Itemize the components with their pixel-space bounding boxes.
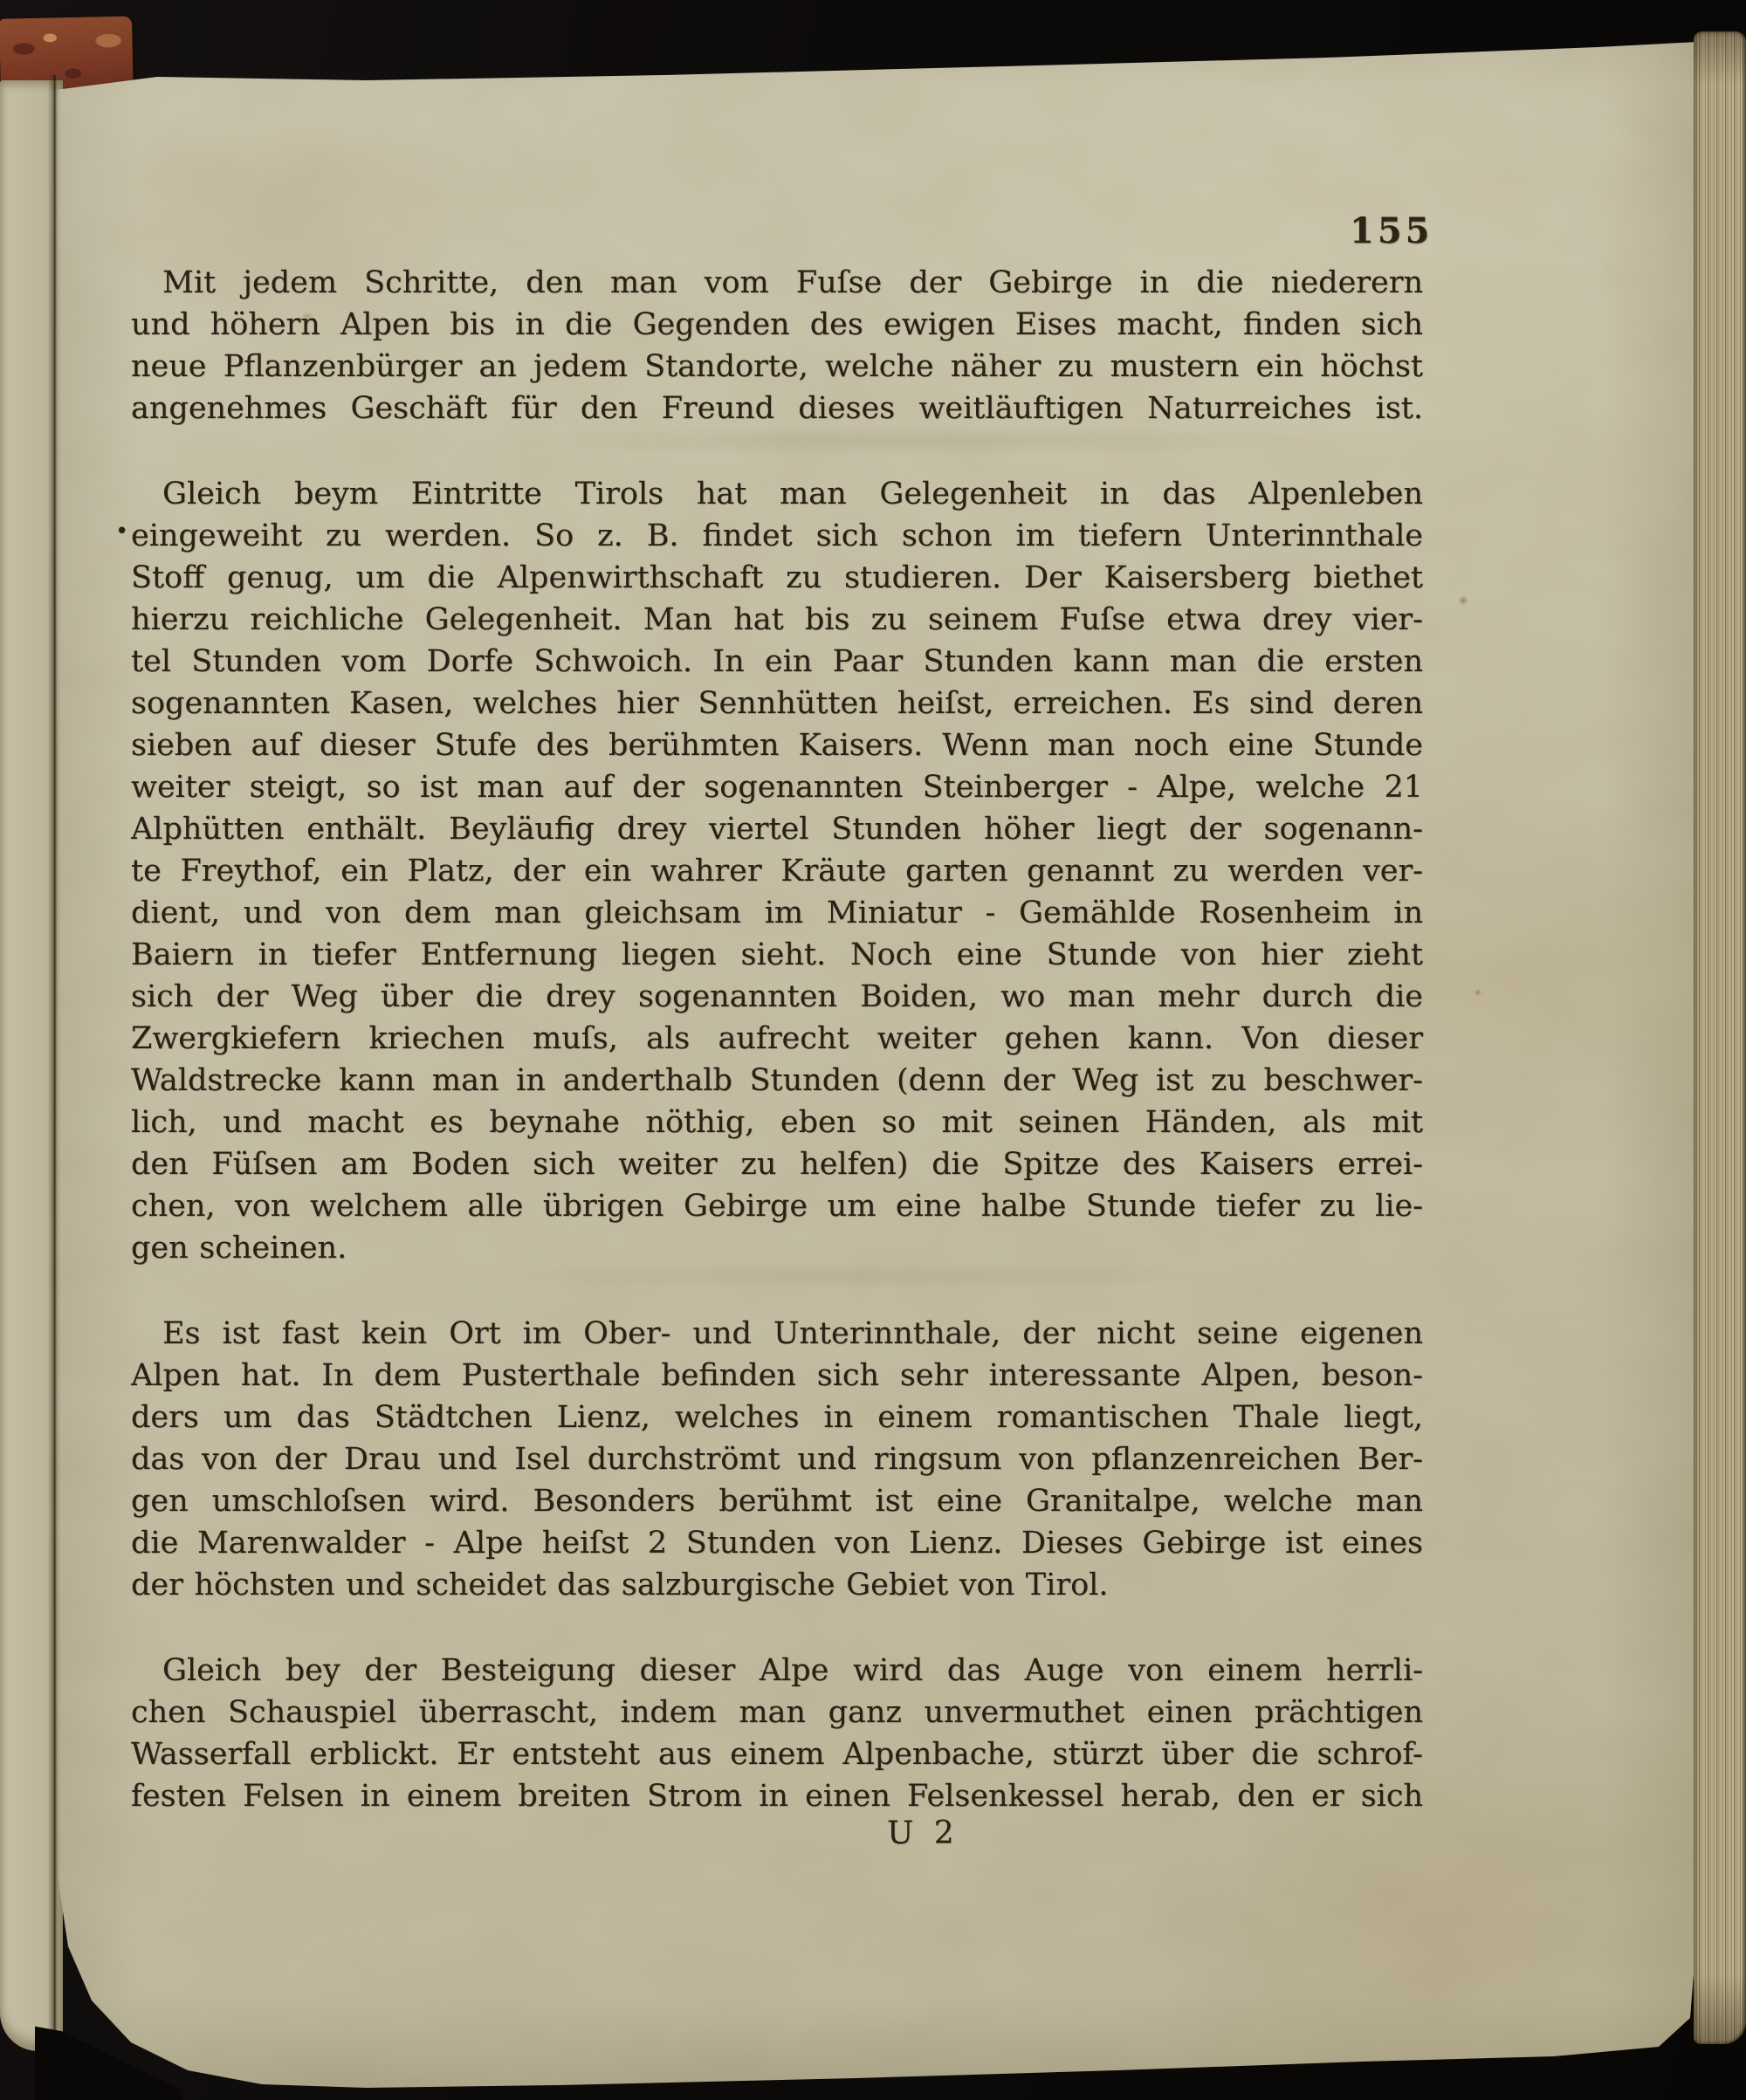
- text-line: Wasserfall erblickt. Er entsteht aus ein…: [131, 1733, 1423, 1775]
- text-line: hierzu reichliche Gelegenheit. Man hat b…: [131, 599, 1423, 641]
- paragraph: Mit jedem Schritte, den man vom Fuſse de…: [131, 262, 1423, 429]
- text-block: Mit jedem Schritte, den man vom Fuſse de…: [131, 262, 1423, 1861]
- margin-bullet: •: [115, 520, 128, 543]
- text-line: gen umschloſsen wird. Besonders berühmt …: [131, 1480, 1423, 1522]
- text-line: ders um das Städtchen Lienz, welches in …: [131, 1397, 1423, 1438]
- text-line: Es ist fast kein Ort im Ober- und Unteri…: [131, 1313, 1423, 1355]
- text-line: sich der Weg über die drey sogenannten B…: [131, 976, 1423, 1018]
- text-line: dient, und von dem man gleichsam im Mini…: [131, 892, 1423, 934]
- text-line: das von der Drau und Isel durchströmt un…: [131, 1438, 1423, 1480]
- text-line: Waldstrecke kann man in anderthalb Stund…: [131, 1060, 1423, 1101]
- gutter-crease: [48, 75, 60, 2058]
- text-line: Alphütten enthält. Beyläufig drey vierte…: [131, 808, 1423, 850]
- text-line: chen, von welchem alle übrigen Gebirge u…: [131, 1185, 1423, 1227]
- text-line: tel Stunden vom Dorfe Schwoich. In ein P…: [131, 641, 1423, 683]
- text-line: gen scheinen.: [131, 1227, 1423, 1269]
- text-line: Gleich bey der Besteigung dieser Alpe wi…: [131, 1650, 1423, 1692]
- text-line: chen Schauspiel überrascht, indem man ga…: [131, 1692, 1423, 1733]
- page-number: 155: [1350, 210, 1433, 251]
- text-line: und höhern Alpen bis in die Gegenden des…: [131, 304, 1423, 346]
- text-line: Baiern in tiefer Entfernung liegen sieht…: [131, 934, 1423, 976]
- book-scan: 155 • Mit jedem Schritte, den man vom Fu…: [0, 0, 1746, 2100]
- paragraph: Gleich bey der Besteigung dieser Alpe wi…: [131, 1650, 1423, 1817]
- text-line: sogenannten Kasen, welches hier Sennhütt…: [131, 683, 1423, 724]
- text-line: Stoff genug, um die Alpenwirthschaft zu …: [131, 557, 1423, 599]
- text-line: der höchsten und scheidet das salzburgis…: [131, 1564, 1423, 1606]
- text-line: festen Felsen in einem breiten Strom in …: [131, 1775, 1423, 1817]
- text-line: lich, und macht es beynahe nöthig, eben …: [131, 1101, 1423, 1143]
- text-line: Mit jedem Schritte, den man vom Fuſse de…: [131, 262, 1423, 304]
- text-line: die Marenwalder - Alpe heiſst 2 Stunden …: [131, 1522, 1423, 1564]
- signature-mark: U 2: [887, 1815, 959, 1851]
- page-edges: [1694, 31, 1746, 2044]
- paragraph: Es ist fast kein Ort im Ober- und Unteri…: [131, 1313, 1423, 1606]
- text-line: sieben auf dieser Stufe des berühmten Ka…: [131, 724, 1423, 766]
- text-line: den Füſsen am Boden sich weiter zu helfe…: [131, 1143, 1423, 1185]
- text-line: eingeweiht zu werden. So z. B. findet si…: [131, 515, 1423, 557]
- text-line: weiter steigt, so ist man auf der sogena…: [131, 766, 1423, 808]
- paragraph: Gleich beym Eintritte Tirols hat man Gel…: [131, 473, 1423, 1269]
- text-line: angenehmes Geschäft für den Freund diese…: [131, 388, 1423, 429]
- text-line: Alpen hat. In dem Pusterthale befinden s…: [131, 1355, 1423, 1397]
- text-line: te Freythof, ein Platz, der ein wahrer K…: [131, 850, 1423, 892]
- text-line: Zwergkiefern kriechen muſs, als aufrecht…: [131, 1018, 1423, 1060]
- text-line: Gleich beym Eintritte Tirols hat man Gel…: [131, 473, 1423, 515]
- text-line: neue Pflanzenbürger an jedem Standorte, …: [131, 346, 1423, 388]
